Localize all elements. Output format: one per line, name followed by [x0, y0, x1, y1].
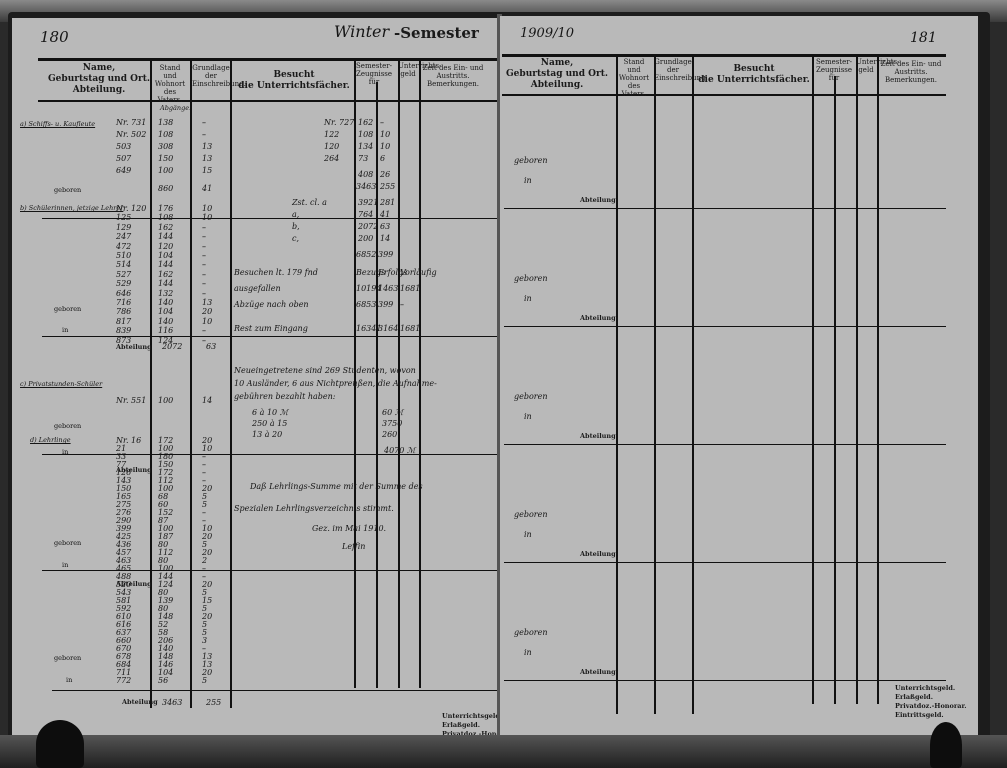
section-divider [42, 570, 498, 571]
geboren-label: geboren [514, 628, 548, 637]
besucht-note: c, [292, 234, 299, 243]
row-stand: 100 [158, 396, 173, 405]
footer-unterrichtsgeld: Unterrichtsgeld. [895, 684, 967, 693]
row-grundlage: 10 [202, 317, 212, 326]
row-grundlage: – [202, 223, 206, 232]
left-page: 180 Winter -Semester Name, Geburtstag un… [12, 18, 498, 746]
note-line: Spezialen Lehrlingsverzeichnis stimmt. [234, 504, 394, 513]
row-grundlage: – [202, 242, 206, 251]
row-stand: 108 [158, 130, 173, 139]
abteilung-label: Abteilung [580, 550, 616, 558]
row-grundlage: 15 [202, 166, 212, 175]
row-stand: 56 [158, 676, 168, 685]
year-handwritten: 1909/10 [520, 26, 574, 41]
row-grundlage: 13 [202, 298, 212, 307]
row-stand: 144 [158, 260, 173, 269]
note-line: 10 Ausländer, 6 aus Nichtpreußen, die Au… [234, 379, 437, 388]
header-unterrichtsgeld: Unterrichts-geld [856, 58, 876, 74]
abteilung-label: Abteilung [580, 314, 616, 322]
col-rule-zeugnis [812, 54, 814, 704]
row-number: 817 [116, 317, 131, 326]
besucht-note: 120 [324, 142, 339, 151]
row-number: 529 [116, 279, 131, 288]
zeugnis-value: 73 [358, 154, 368, 163]
section-d-title: d) Lehrlinge [30, 436, 71, 444]
summary-value: 399 [378, 300, 393, 309]
row-number: Nr. 502 [116, 130, 146, 139]
zeugnis-value: 6 [380, 154, 385, 163]
total-grundlage: 63 [206, 342, 216, 351]
row-grundlage: – [202, 118, 206, 127]
calc-value: 3750 [382, 419, 402, 428]
geboren-label: geboren [54, 539, 81, 547]
besucht-note: a, [292, 210, 299, 219]
besucht-note: 264 [324, 154, 339, 163]
abteilung-label: Abteilung [580, 196, 616, 204]
zeugnis-value: 14 [380, 234, 390, 243]
header-bottom-rule [38, 100, 498, 102]
in-label: in [62, 326, 68, 334]
zeugnis-sum: 26 [380, 170, 390, 179]
row-number: 527 [116, 270, 131, 279]
summary-value: 1463 [378, 284, 398, 293]
row-grundlage: – [202, 251, 206, 260]
geboren-label: geboren [514, 510, 548, 519]
zeugnis-value: 2072 [358, 222, 378, 231]
row-number: 839 [116, 326, 131, 335]
row-stand: 162 [158, 223, 173, 232]
section-a-title: a) Schiffs- u. Kaufleute [20, 120, 95, 128]
header-stand: Stand und Wohnort des Vaters. [152, 64, 188, 104]
header-besucht: Besucht die Unterrichtsfächer. [694, 64, 814, 86]
row-stand: 104 [158, 307, 173, 316]
summary-value: 399 [378, 250, 393, 259]
row-grundlage: 14 [202, 396, 212, 405]
row-stand: 108 [158, 213, 173, 222]
total-grundlage: 41 [202, 184, 212, 193]
zeugnis-value: 3921 [358, 198, 378, 207]
row-number: 507 [116, 154, 131, 163]
calc-expr: 250 à 15 [252, 419, 287, 428]
row-number: 514 [116, 260, 131, 269]
header-semester-zeugnisse: Semester-Zeugnisse für [352, 62, 396, 86]
section-divider [42, 218, 498, 219]
row-number: 503 [116, 142, 131, 151]
scan-bottom-edge [0, 735, 1007, 768]
geboren-label: geboren [514, 274, 548, 283]
block-divider [504, 680, 946, 681]
zeugnis-value: 162 [358, 118, 373, 127]
row-grundlage: – [202, 279, 206, 288]
row-stand: 100 [158, 166, 173, 175]
summary-text: Besuchen lt. 179 fnd [234, 268, 318, 277]
abteilung-label: Abteilung [122, 698, 158, 706]
zeugnis-value: 10 [380, 130, 390, 139]
row-stand: 120 [158, 242, 173, 251]
note-line: Daß Lehrlings-Summe mit der Summe des [250, 482, 423, 491]
in-label: in [524, 648, 532, 657]
header-stand: Stand und Wohnort des Vaters. [616, 58, 652, 98]
abgaenge-label: Abgänge: [160, 104, 191, 112]
zeugnis-sum: 3463 [356, 182, 376, 191]
in-label: in [524, 176, 532, 185]
row-stand: 140 [158, 298, 173, 307]
col-rule-besucht [692, 54, 694, 714]
besucht-note: Nr. 727 [324, 118, 354, 127]
header-grundlage: Grundlage der Einschreibung. [654, 58, 692, 82]
col-rule-geld [856, 54, 858, 704]
zeugnis-sum: 255 [380, 182, 395, 191]
row-grundlage: 13 [202, 154, 212, 163]
row-grundlage: 10 [202, 204, 212, 213]
row-number: 786 [116, 307, 131, 316]
header-name: Name, Geburtstag und Ort. Abteilung. [40, 63, 158, 96]
row-stand: 150 [158, 154, 173, 163]
summary-value: 3164 [378, 324, 398, 333]
footer-labels-right: Unterrichtsgeld. Erlaßgeld. Privatdoz.-H… [895, 684, 967, 720]
header-besucht: Besucht die Unterrichtsfächer. [234, 70, 354, 92]
row-grundlage: – [202, 326, 206, 335]
row-number: 646 [116, 289, 131, 298]
summary-value: 1681 [400, 284, 420, 293]
row-grundlage: – [202, 260, 206, 269]
row-grundlage: – [202, 130, 206, 139]
calc-value: 60 ℳ [382, 408, 403, 417]
header-zeit: Zeit des Ein- und Austritts. Bemerkungen… [420, 64, 486, 88]
row-number: 472 [116, 242, 131, 251]
row-grundlage: 5 [202, 676, 207, 685]
section-divider [42, 454, 498, 455]
row-grundlage: 13 [202, 142, 212, 151]
section-divider [52, 690, 498, 691]
thumb-shadow [36, 720, 84, 768]
summary-value: 6852 [356, 250, 376, 259]
row-number: 125 [116, 213, 131, 222]
summary-value: 6853 [356, 300, 376, 309]
header-zeit: Zeit des Ein- und Austritts. Bemerkungen… [878, 60, 944, 84]
zeugnis-value: 41 [380, 210, 390, 219]
zeugnis-value: 281 [380, 198, 395, 207]
besucht-note: b, [292, 222, 300, 231]
footer-eintrittsgeld: Eintrittsgeld. [895, 711, 967, 720]
row-number: 649 [116, 166, 131, 175]
col-rule-grundlage [190, 58, 192, 708]
summary-text: Abzüge nach oben [234, 300, 309, 309]
thumb-shadow [930, 722, 962, 768]
zeugnis-value: 63 [380, 222, 390, 231]
row-stand: 138 [158, 118, 173, 127]
row-stand: 144 [158, 279, 173, 288]
in-label: in [524, 294, 532, 303]
row-stand: 104 [158, 251, 173, 260]
abteilung-label: Abteilung [580, 432, 616, 440]
total-stand: 860 [158, 184, 173, 193]
in-label: in [524, 412, 532, 421]
total-stand: 3463 [162, 698, 182, 707]
total-stand: 2072 [162, 342, 182, 351]
section-c-title: c) Privatstunden-Schüler [20, 380, 102, 388]
zeugnis-value: 764 [358, 210, 373, 219]
summary-text: ausgefallen [234, 284, 281, 293]
row-stand: 144 [158, 232, 173, 241]
row-grundlage: 20 [202, 307, 212, 316]
zeugnis-value: 200 [358, 234, 373, 243]
calc-expr: 13 à 20 [252, 430, 282, 439]
besucht-note: 122 [324, 130, 339, 139]
note-line: Neueingetretene sind 269 Studenten, wovo… [234, 366, 416, 375]
row-number: 772 [116, 676, 131, 685]
row-stand: 176 [158, 204, 173, 213]
section-divider [42, 336, 498, 337]
summary-text: Rest zum Eingang [234, 324, 308, 333]
col-rule-besucht [230, 58, 232, 708]
row-grundlage: 10 [202, 213, 212, 222]
besucht-note: Zst. cl. a [292, 198, 327, 207]
note-line: Leffin [342, 542, 365, 551]
header-top-rule [502, 54, 946, 57]
block-divider [504, 326, 946, 327]
row-number: 873 [116, 336, 131, 345]
summary-value: 1681 [400, 324, 420, 333]
semester-handwritten: Winter [334, 22, 389, 41]
in-label: in [62, 561, 68, 569]
geboren-label: geboren [54, 654, 81, 662]
header-top-rule [38, 58, 498, 61]
header-bottom-rule [502, 94, 946, 96]
abteilung-label: Abteilung [580, 668, 616, 676]
zeugnis-value: 134 [358, 142, 373, 151]
header-name: Name, Geburtstag und Ort. Abteilung. [504, 58, 610, 91]
footer-erlassgeld: Erlaßgeld. [895, 693, 967, 702]
row-grundlage: – [202, 289, 206, 298]
geboren-label: geboren [54, 305, 81, 313]
calc-total: 4070 ℳ [384, 446, 415, 455]
block-divider [504, 444, 946, 445]
col-rule-zeugnis-mid [834, 76, 836, 704]
zeugnis-value: 10 [380, 142, 390, 151]
note-line: Gez. im Mai 1910. [312, 524, 386, 533]
in-label: in [524, 530, 532, 539]
note-line: gebühren bezahlt haben: [234, 392, 335, 401]
zeugnis-value: 108 [358, 130, 373, 139]
geboren-label: geboren [54, 422, 81, 430]
row-stand: 308 [158, 142, 173, 151]
col-rule-grundlage [654, 54, 656, 714]
header-unterrichtsgeld: Unterrichts-geld [398, 62, 418, 78]
row-number: Nr. 731 [116, 118, 146, 127]
col-rule-zeit [877, 54, 879, 704]
geboren-label: geboren [514, 392, 548, 401]
calc-value: 260 [382, 430, 397, 439]
row-number: Nr. 551 [116, 396, 146, 405]
in-label: in [62, 448, 68, 456]
geboren-label: geboren [54, 186, 81, 194]
row-number: Nr. 120 [116, 204, 146, 213]
row-number: 129 [116, 223, 131, 232]
total-grundlage: 255 [206, 698, 221, 707]
row-stand: 132 [158, 289, 173, 298]
row-number: 510 [116, 251, 131, 260]
left-page-number: 180 [40, 28, 69, 46]
row-grundlage: – [202, 270, 206, 279]
summary-value: – [400, 300, 404, 309]
row-number: 247 [116, 232, 131, 241]
summary-value: Vorläufig [400, 268, 437, 277]
geboren-label: geboren [514, 156, 548, 165]
zeugnis-value: – [380, 118, 384, 127]
row-stand: 116 [158, 326, 173, 335]
in-label: in [66, 676, 72, 684]
row-stand: 162 [158, 270, 173, 279]
header-grundlage: Grundlage der Einschreibung. [192, 64, 230, 88]
semester-printed: -Semester [394, 24, 479, 42]
footer-privatdoz: Privatdoz.-Honorar. [895, 702, 967, 711]
col-rule-zeit [419, 58, 421, 688]
right-page: 1909/10 181 Name, Geburtstag und Ort. Ab… [500, 16, 978, 746]
section-b-title: b) Schülerinnen, jetzige Lehrer [20, 204, 123, 212]
calc-expr: 6 à 10 ℳ [252, 408, 288, 417]
col-rule-stand [616, 54, 618, 714]
right-page-number: 181 [910, 30, 937, 46]
col-rule-stand [150, 58, 152, 708]
row-number: 716 [116, 298, 131, 307]
row-stand: 140 [158, 317, 173, 326]
block-divider [504, 562, 946, 563]
row-grundlage: – [202, 232, 206, 241]
block-divider [504, 208, 946, 209]
zeugnis-sum: 408 [358, 170, 373, 179]
